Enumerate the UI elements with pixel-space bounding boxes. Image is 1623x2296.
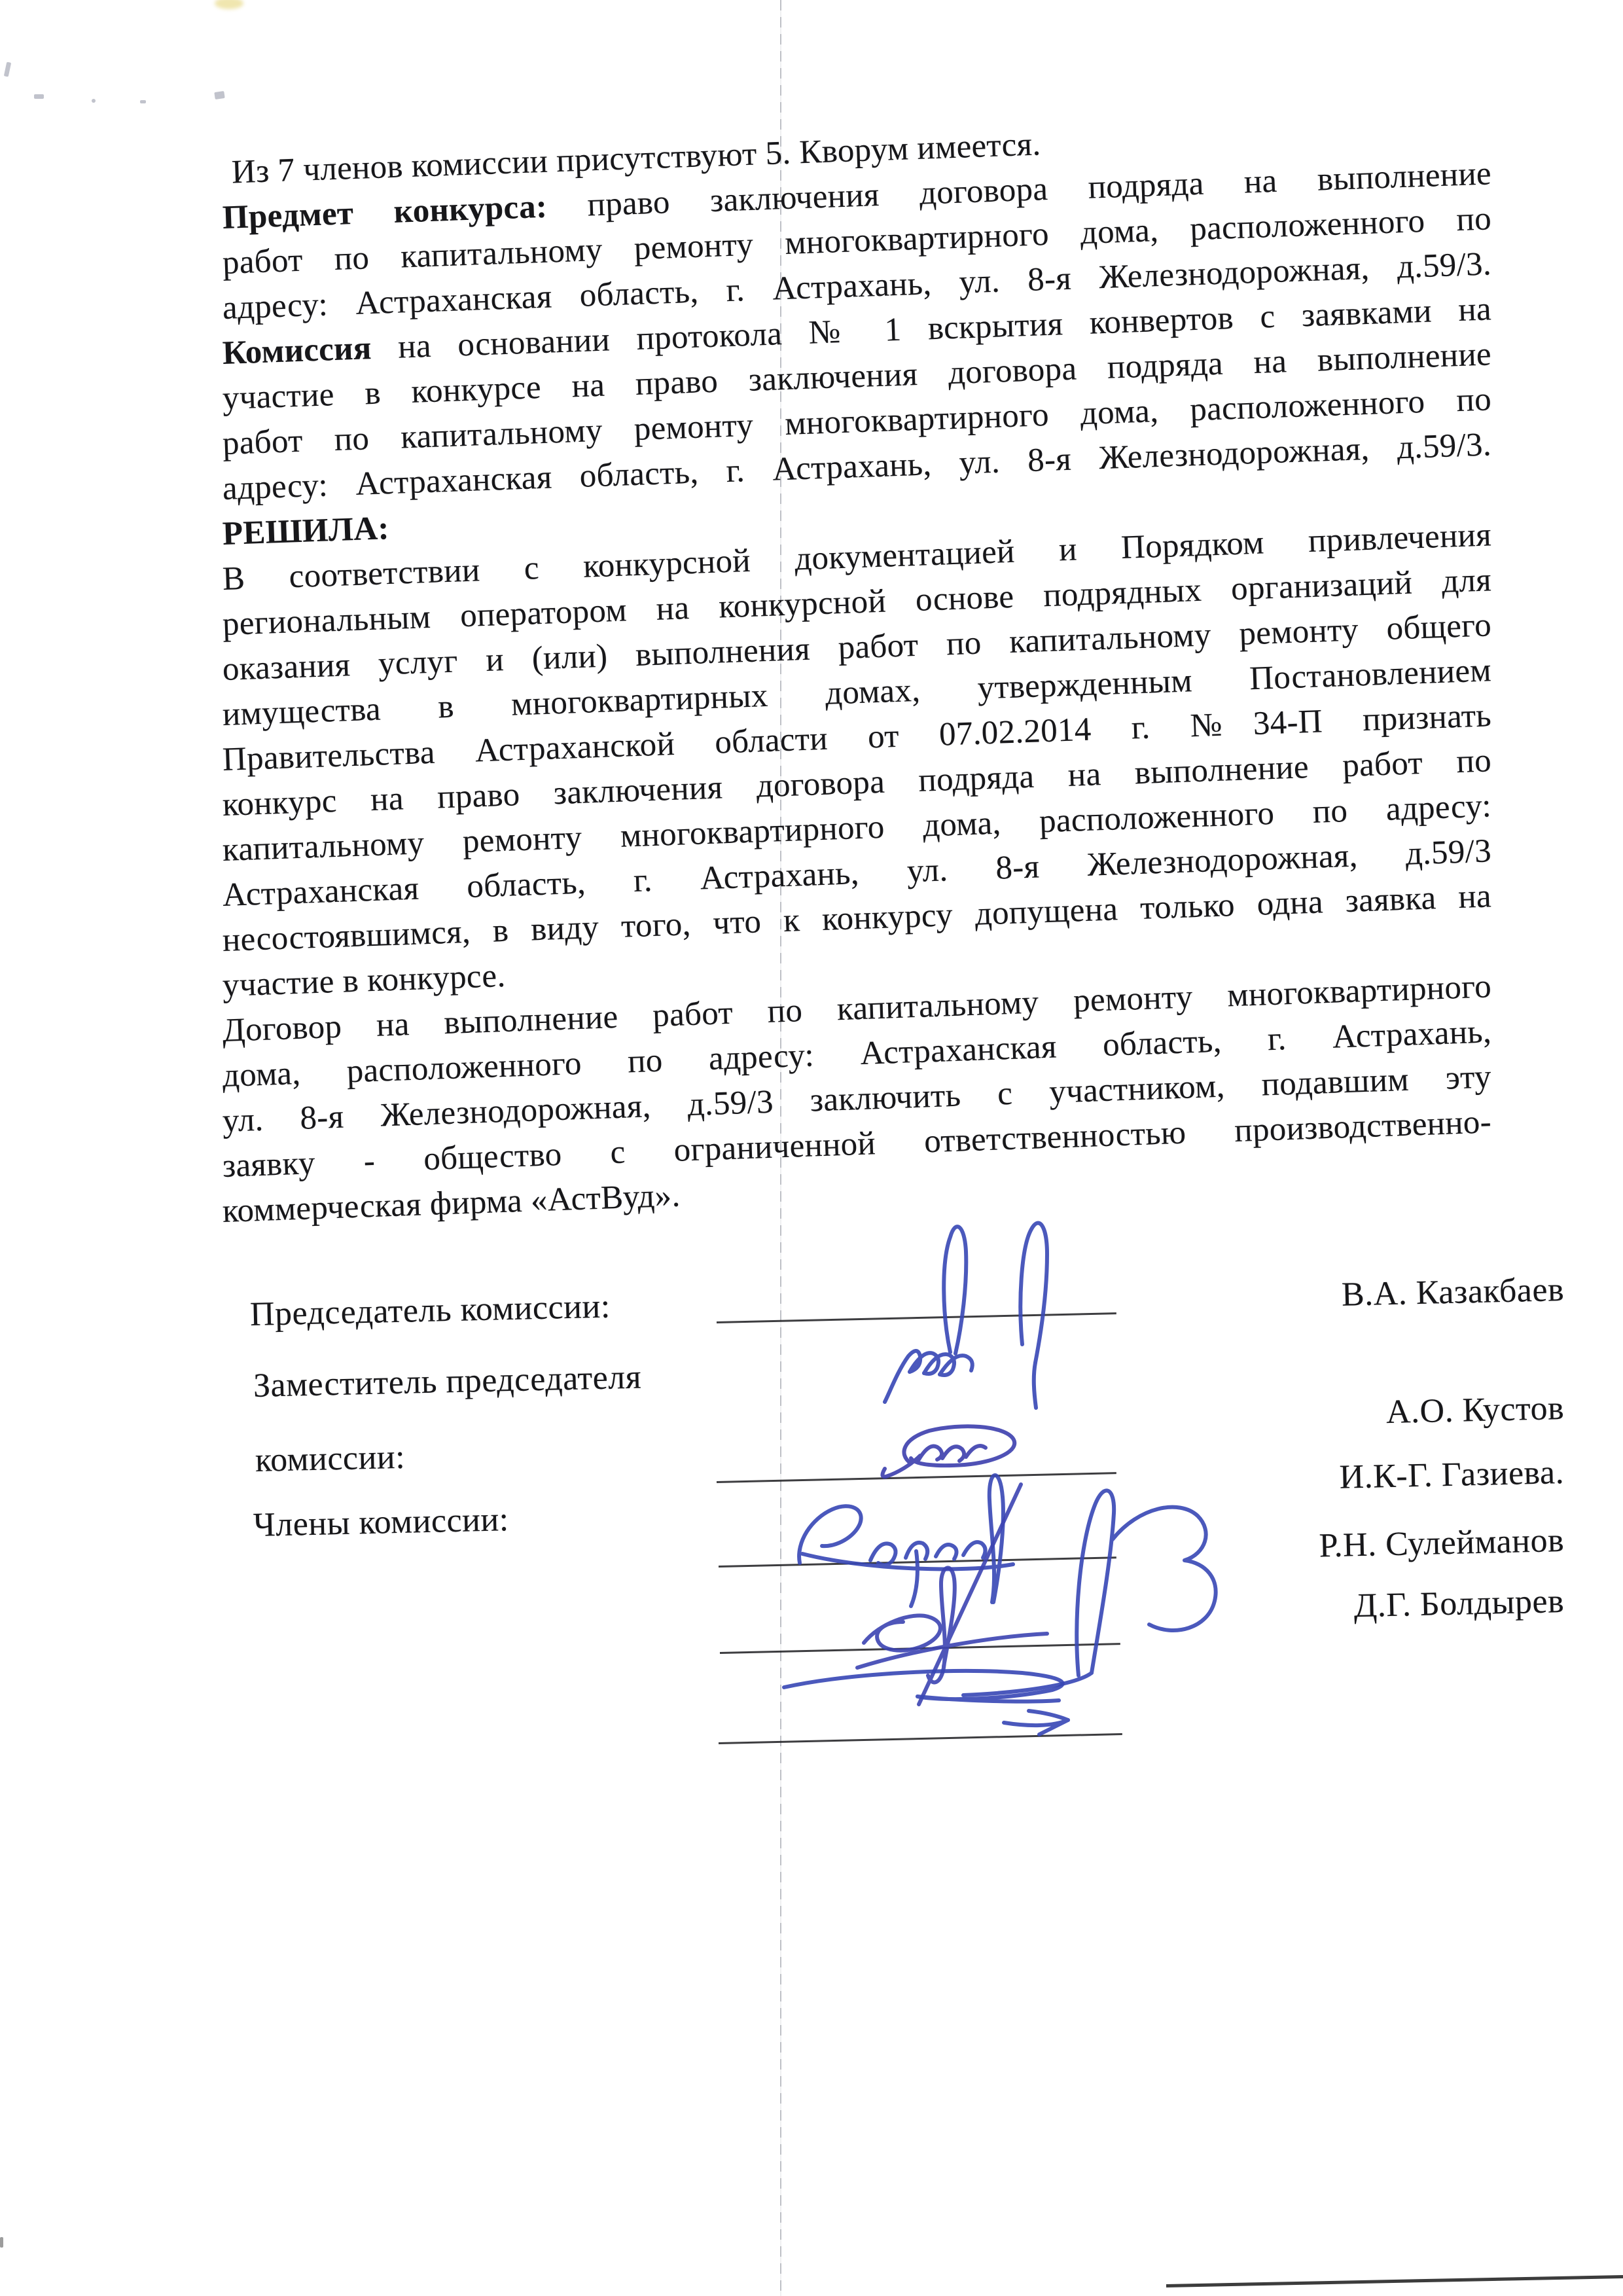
scan-speck [4,62,11,77]
scan-speck [92,99,96,103]
signature-flourish [963,1490,1216,1695]
members-label: Члены комиссии: [253,1500,509,1545]
member1-name: И.К-Г. Газиева. [1275,1453,1564,1498]
signature-kustov [882,1426,1014,1477]
deputy-name: А.О. Кустов [1275,1389,1564,1434]
signature-line-4 [720,1643,1120,1654]
signature-members-scribble [857,1484,1047,1704]
scanned-document-page: Из 7 членов комиссии присутствуют 5. Кво… [0,0,1623,2296]
chairman-name: В.А. Казакбаев [1275,1270,1564,1316]
scan-speck [214,91,224,99]
text-segment-bold: РЕШИЛА: [222,510,390,552]
scan-speck [140,100,146,103]
signature-line-1 [717,1312,1116,1323]
deputy-chair-label-line2: комиссии: [255,1438,405,1480]
member2-name: Р.Н. Сулейманов [1275,1521,1564,1566]
signature-gazieva [799,1475,1013,1606]
chairman-label: Председатель комиссии: [249,1287,611,1334]
signature-bottom-scrawl [784,1671,1068,1734]
signature-line-3 [719,1556,1116,1568]
text-segment-bold: Комиссия [222,330,372,372]
scan-smudge [215,0,243,9]
signature-line-2 [717,1472,1116,1483]
deputy-chair-label-line1: Заместитель председателя [253,1358,641,1405]
scan-edge-shadow [1166,2275,1623,2287]
text-segment: участие в конкурсе. [222,958,506,1004]
text-segment-bold: Предмет конкурса: [222,188,548,236]
document-body: Из 7 членов комиссии присутствуют 5. Кво… [223,151,1492,1234]
signature-line-5 [719,1733,1122,1744]
scan-speck [0,2237,3,2248]
member3-name: Д.Г. Болдырев [1275,1582,1564,1627]
scan-speck [34,94,44,99]
